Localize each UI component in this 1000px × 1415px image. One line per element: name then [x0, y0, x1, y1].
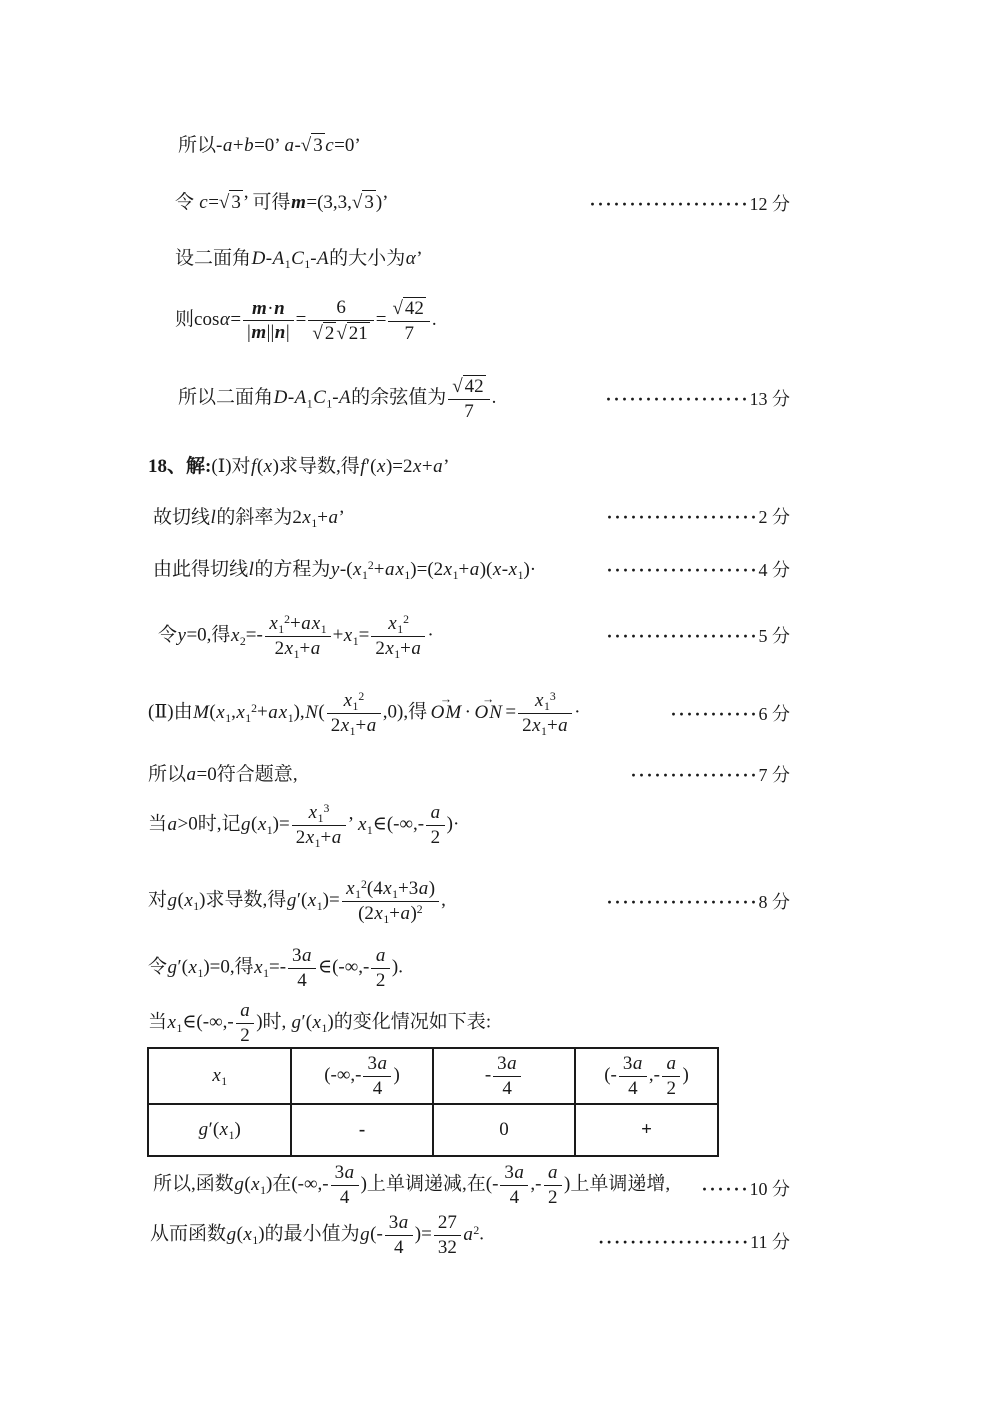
- line-eq-ab: 所以-a+b=0’ a-√3c=0’: [178, 133, 361, 159]
- line-monotonic: 所以,函数g(x1)在(-∞,-3a4)上单调递减,在(-3a4,-a2)上单调…: [153, 1162, 670, 1209]
- line-let-c: 令 c=√3’ 可得m=(3,3,√3)’: [175, 190, 388, 216]
- page: 所以-a+b=0’ a-√3c=0’令 c=√3’ 可得m=(3,3,√3)’·…: [0, 0, 1000, 1415]
- score-mark: ···················4 分: [606, 556, 790, 582]
- table-cell: 0: [433, 1104, 575, 1156]
- table-cell: g′(x1): [148, 1104, 291, 1156]
- line-18-part1: 18、解:(Ⅰ)对f(x)求导数,得f′(x)=2x+a’: [148, 455, 449, 480]
- score-mark: ····················12 分: [589, 190, 790, 216]
- table-cell: (-3a4,-a2): [575, 1048, 718, 1104]
- monotonicity-table-grid: x1(-∞,-3a4)-3a4(-3a4,-a2)g′(x1)-0+: [147, 1047, 719, 1157]
- line-tangent-eq: 由此得切线l的方程为y-(x12+ax1)=(2x1+a)(x-x1)·: [153, 558, 536, 583]
- line-derivative-g: 对g(x1)求导数,得g′(x1)=x12(4x1+3a)(2x1+a)2,: [148, 878, 446, 925]
- table-cell: +: [575, 1104, 718, 1156]
- score-mark: ···········6 分: [670, 700, 790, 726]
- table-cell: -3a4: [433, 1048, 575, 1104]
- table-row: x1(-∞,-3a4)-3a4(-3a4,-a2): [148, 1048, 718, 1104]
- line-conclusion-17: 所以二面角D-A1C1-A的余弦值为√427.: [178, 375, 496, 423]
- table-cell: -: [291, 1104, 433, 1156]
- table-cell: (-∞,-3a4): [291, 1048, 433, 1104]
- line-dihedral-setup: 设二面角D-A1C1-A的大小为α’: [175, 247, 423, 272]
- line-cos-alpha: 则cosα=m·n|m||n|=6√2√21=√427.: [175, 297, 437, 345]
- line-a0: 所以a=0符合题意,: [148, 763, 298, 788]
- score-mark: ···················2 分: [606, 503, 790, 529]
- line-table-intro: 当x1∈(-∞,-a2)时, g′(x1)的变化情况如下表:: [148, 1000, 491, 1047]
- table-row: g′(x1)-0+: [148, 1104, 718, 1156]
- line-minimum: 从而函数g(x1)的最小值为g(-3a4)=2732a2.: [150, 1212, 484, 1259]
- line-critical-point: 令g′(x1)=0,得x1=-3a4∈(-∞,-a2).: [148, 945, 403, 992]
- score-mark: ················7 分: [630, 761, 790, 787]
- line-part2-mn: (Ⅱ)由M(x1,x12+ax1),N(x122x1+a,0),得→OM·→ON…: [148, 690, 580, 737]
- score-mark: ··················13 分: [605, 385, 790, 411]
- score-mark: ···················11 分: [598, 1228, 790, 1254]
- line-x2: 令y=0,得x2=-x12+ax12x1+a+x1=x122x1+a·: [158, 613, 434, 660]
- score-mark: ···················5 分: [606, 622, 790, 648]
- line-a-positive: 当a>0时,记g(x1)=x132x1+a’ x1∈(-∞,-a2)·: [148, 802, 459, 849]
- score-mark: ······10 分: [701, 1175, 790, 1201]
- score-mark: ···················8 分: [606, 888, 790, 914]
- table-cell: x1: [148, 1048, 291, 1104]
- line-slope: 故切线l的斜率为2x1+a’: [153, 506, 345, 531]
